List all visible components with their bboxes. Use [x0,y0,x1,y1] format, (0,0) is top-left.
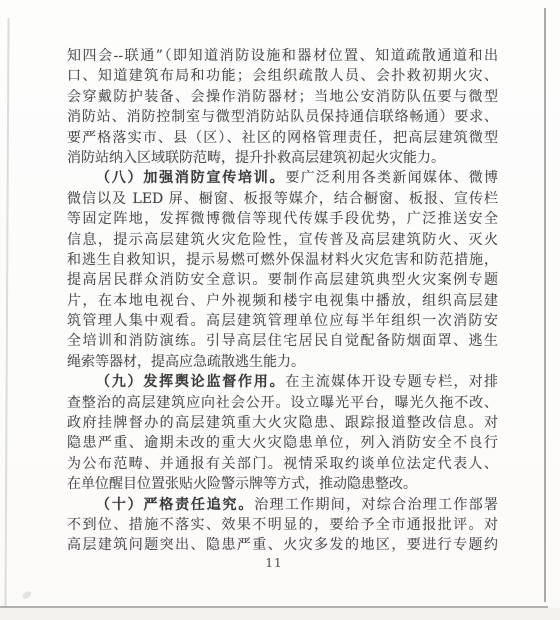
line-text: 和逃生自救知识，提示易燃可燃外保温材料火灾危害和防范措施， [67,252,498,268]
line-text: 筑管理人集中观看。高层建筑管理单位应每半年组织一次消防安 [67,313,498,329]
text-line: （九）发挥舆论监督作用。在主流媒体开设专题专栏，对排 [67,372,498,392]
text-line: 信息，提示高层建筑火灾危险性，宣传普及高层建筑防火、灭火 [67,230,498,250]
text-line: 等固定阵地，发挥微博微信等现代传媒手段优势，广泛推送安全 [67,209,498,229]
text-line: 知四会--联通”（即知道消防设施和器材位置、知道疏散通道和出 [67,46,498,66]
line-text: 会穿戴防护装备、会操作消防器材；当地公安消防队伍要与微型 [67,89,498,105]
line-text: 知四会--联通”（即知道消防设施和器材位置、知道疏散通道和出 [67,48,498,64]
text-line: 在单位醒目位置张贴火险警示牌等方式，推动隐患整改。 [67,474,498,494]
line-text: 不到位、措施不落实、效果不明显的，要给予全市通报批评。对 [67,517,498,533]
line-text: 全培训和消防演练。引导高层住宅居民自觉配备防烟面罩、逃生 [67,333,498,349]
line-text: 微信以及 LED 屏、橱窗、板报等媒介，结合橱窗、板报、宣传栏 [67,191,498,207]
text-line: 提高居民群众消防安全意识。要制作高层建筑典型火灾案例专题 [67,270,498,290]
text-line: （十）严格责任追究。治理工作期间，对综合治理工作部署 [67,495,498,515]
text-line: 隐患严重、逾期未改的重大火灾隐患单位，列入消防安全不良行 [67,433,498,453]
text-line: 和逃生自救知识，提示易燃可燃外保温材料火灾危害和防范措施， [67,250,498,270]
text-line: 消防站纳入区域联防范畴，提升扑救高层建筑初起火灾能力。 [67,148,498,168]
line-text: 口、知道建筑布局和功能；会组织疏散人员、会扑救初期火灾、 [67,68,498,84]
scan-edge-left-line [4,18,9,606]
page-number: 11 [0,556,548,570]
document-body-text: 知四会--联通”（即知道消防设施和器材位置、知道疏散通道和出口、知道建筑布局和功… [67,46,498,556]
text-line: 为公布范畴、并通报有关部门。视情采取约谈单位法定代表人、 [67,454,498,474]
text-line: 政府挂牌督办的高层建筑重大火灾隐患、跟踪报道整改信息。对 [67,413,498,433]
text-line: 查整治的高层建筑应向社会公开。设立曝光平台，曝光久拖不改、 [67,393,498,413]
line-text: 等固定阵地，发挥微博微信等现代传媒手段优势，广泛推送安全 [67,211,498,227]
line-text: 消防站、消防控制室与微型消防站队员保持通信联络畅通）要求、 [67,109,498,125]
text-line: 要严格落实市、县（区）、社区的网格管理责任，把高层建筑微型 [67,128,498,148]
text-line: 筑管理人集中观看。高层建筑管理单位应每半年组织一次消防安 [67,311,498,331]
line-text: 信息，提示高层建筑火灾危险性，宣传普及高层建筑防火、灭火 [67,232,498,248]
paragraph-heading: （九）发挥舆论监督作用。 [96,374,285,390]
line-text: 治理工作期间，对综合治理工作部署 [254,497,498,513]
line-text: 高层建筑问题突出、隐患严重、火灾多发的地区，要进行专题约 [67,537,498,553]
text-line: 片，在本地电视台、户外视频和楼宇电视集中播放，组织高层建 [67,291,498,311]
line-text: 为公布范畴、并通报有关部门。视情采取约谈单位法定代表人、 [67,456,498,472]
line-text: 要广泛利用各类新闻媒体、微博 [285,170,498,186]
line-text: 提高居民群众消防安全意识。要制作高层建筑典型火灾案例专题 [67,272,498,288]
line-text: 查整治的高层建筑应向社会公开。设立曝光平台，曝光久拖不改、 [67,395,498,411]
line-text: 在单位醒目位置张贴火险警示牌等方式，推动隐患整改。 [67,476,417,492]
text-line: （八）加强消防宣传培训。要广泛利用各类新闻媒体、微博 [67,168,498,188]
text-line: 微信以及 LED 屏、橱窗、板报等媒介，结合橱窗、板报、宣传栏 [67,189,498,209]
text-line: 口、知道建筑布局和功能；会组织疏散人员、会扑救初期火灾、 [67,66,498,86]
line-text: 要严格落实市、县（区）、社区的网格管理责任，把高层建筑微型 [67,130,498,146]
text-line: 全培训和消防演练。引导高层住宅居民自觉配备防烟面罩、逃生 [67,331,498,351]
text-line: 绳索等器材，提高应急疏散逃生能力。 [67,352,498,372]
text-line: 会穿戴防护装备、会操作消防器材；当地公安消防队伍要与微型 [67,87,498,107]
scan-smudge-artifact [21,590,33,601]
paragraph-heading: （十）严格责任追究。 [96,497,254,513]
paragraph-heading: （八）加强消防宣传培训。 [96,170,285,186]
line-text: 政府挂牌督办的高层建筑重大火灾隐患、跟踪报道整改信息。对 [67,415,498,431]
line-text: 隐患严重、逾期未改的重大火灾隐患单位，列入消防安全不良行 [67,435,498,451]
line-text: 片，在本地电视台、户外视频和楼宇电视集中播放，组织高层建 [67,293,498,309]
scan-edge-right-line [544,8,546,602]
scanned-document-page: 知四会--联通”（即知道消防设施和器材位置、知道疏散通道和出口、知道建筑布局和功… [0,0,560,620]
text-line: 消防站、消防控制室与微型消防站队员保持通信联络畅通）要求、 [67,107,498,127]
line-text: 在主流媒体开设专题专栏，对排 [285,374,498,390]
line-text: 绳索等器材，提高应急疏散逃生能力。 [67,354,305,370]
text-line: 高层建筑问题突出、隐患严重、火灾多发的地区，要进行专题约 [67,535,498,555]
text-line: 不到位、措施不落实、效果不明显的，要给予全市通报批评。对 [67,515,498,535]
scan-margin-strip [0,608,560,620]
line-text: 消防站纳入区域联防范畴，提升扑救高层建筑初起火灾能力。 [67,150,445,166]
